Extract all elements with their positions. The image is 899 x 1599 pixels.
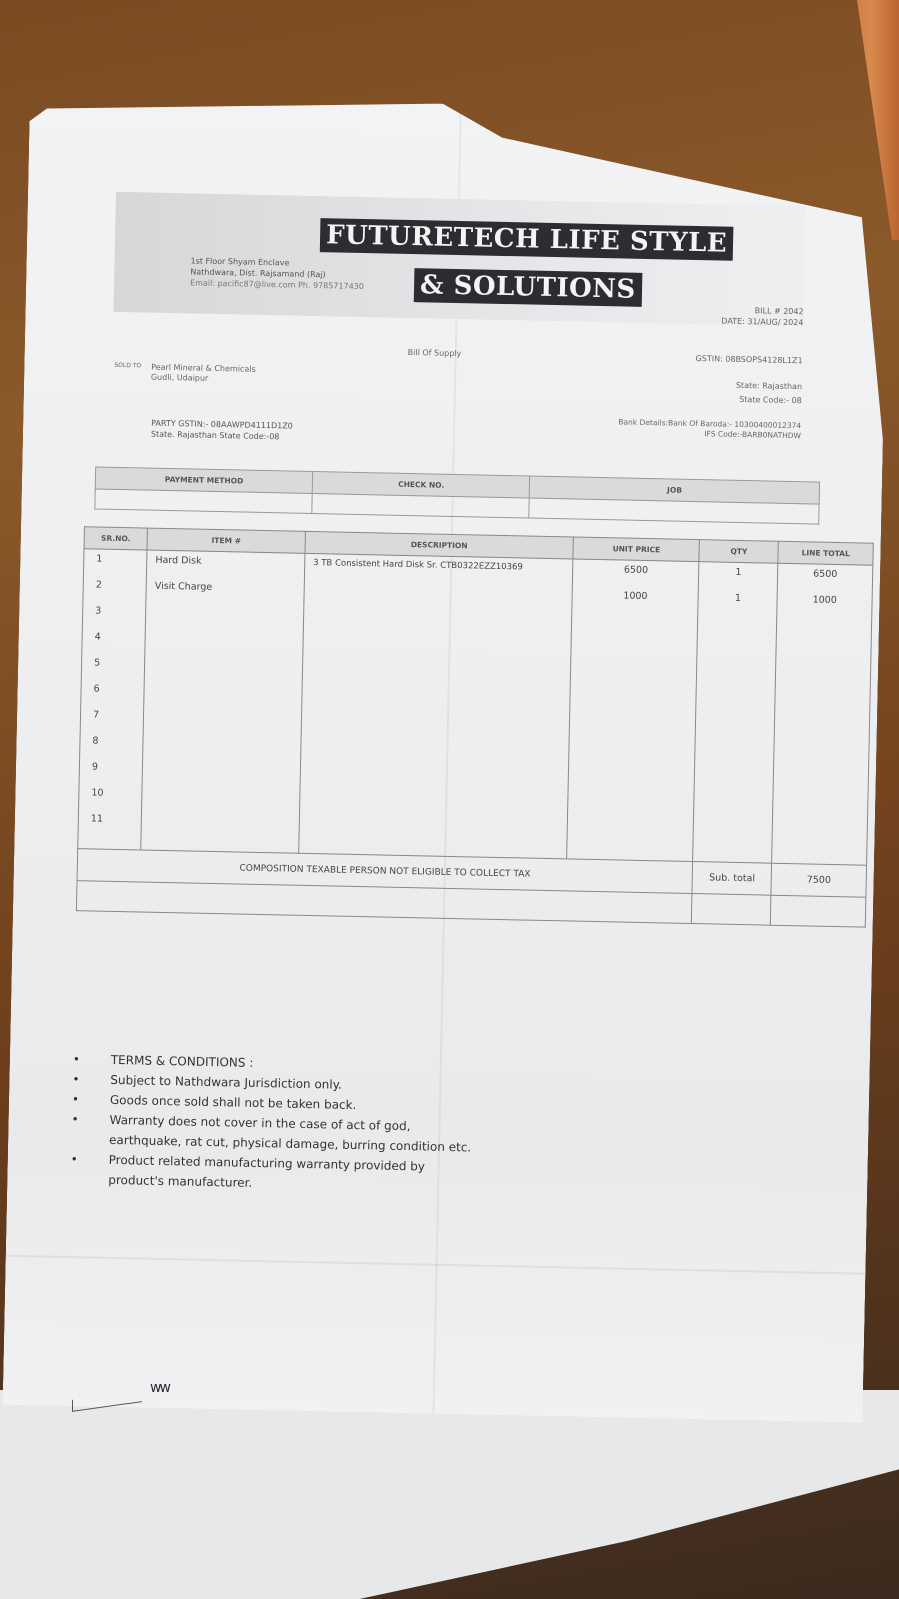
subtotal-value: 7500 [771, 863, 866, 897]
background-cabinet [829, 0, 899, 240]
header-qty: QTY [699, 540, 778, 564]
sr-no-cell: 1 [83, 549, 147, 576]
unit-price-cell: 1000 [572, 585, 699, 614]
unit-price-cell [570, 663, 697, 692]
line-total-cell [777, 615, 872, 643]
item-cell [144, 654, 302, 683]
unit-price-cell [570, 689, 697, 718]
qty-cell [696, 692, 775, 720]
qty-cell [698, 614, 777, 642]
description-cell [299, 813, 568, 859]
qty-cell [697, 666, 776, 694]
line-total-cell [775, 667, 870, 695]
sr-no-cell: 8 [80, 731, 144, 758]
line-total-cell [774, 745, 869, 773]
seller-state: State: Rajasthan [736, 379, 802, 394]
unit-price-cell: 6500 [573, 559, 700, 588]
line-total-cell [776, 641, 871, 669]
sold-to-block: SOLD TO Pearl Mineral & Chemicals Gudli,… [114, 362, 256, 385]
header-band: FUTURETECH LIFE STYLE & SOLUTIONS 1st Fl… [113, 192, 805, 326]
sr-no-cell: 2 [83, 575, 147, 602]
bank-details: Bank Details:Bank Of Baroda:- 1030040001… [618, 417, 801, 441]
unit-price-cell [569, 741, 696, 770]
item-cell [145, 602, 303, 631]
sr-no-cell: 11 [78, 809, 142, 850]
items-body: 1Hard Disk3 TB Consistent Hard Disk Sr. … [78, 549, 873, 865]
bill-date: DATE: 31/AUG/ 2024 [721, 316, 803, 329]
qty-cell: 1 [698, 588, 777, 616]
invoice-sheet: FUTURETECH LIFE STYLE & SOLUTIONS 1st Fl… [3, 95, 890, 1423]
bill-meta: BILL # 2042 DATE: 31/AUG/ 2024 [721, 305, 804, 329]
phone-value: 9785717430 [313, 281, 364, 291]
party-state: State. Rajasthan State Code:-08 [151, 429, 293, 443]
sr-no-cell: 4 [82, 627, 146, 654]
item-cell [141, 810, 300, 853]
item-cell [144, 680, 302, 709]
payment-table: PAYMENT METHOD CHECK NO. JOB [94, 466, 820, 524]
terms-list: TERMS & CONDITIONS : Subject to Nathdwar… [70, 1049, 473, 1197]
qty-cell [697, 640, 776, 668]
signature: ww [150, 1380, 169, 1396]
company-address: 1st Floor Shyam Enclave Nathdwara, Dist.… [190, 255, 364, 292]
sr-no-cell: 10 [79, 783, 143, 810]
line-total-cell [773, 771, 868, 799]
qty-cell [695, 718, 774, 746]
header-item: ITEM # [147, 528, 305, 553]
under-sheet [0, 1390, 899, 1599]
qty-cell [695, 744, 774, 772]
line-total-cell [774, 719, 869, 747]
header-sr-no: SR.NO. [84, 527, 148, 550]
item-cell [145, 628, 303, 657]
phone-label: Ph. [298, 281, 311, 290]
sr-no-cell: 7 [80, 705, 144, 732]
company-name-line1: FUTURETECH LIFE STYLE [320, 218, 734, 261]
company-name-line2: & SOLUTIONS [414, 268, 642, 307]
header-unit-price: UNIT PRICE [573, 537, 700, 562]
seller-state-code: State Code:- 08 [735, 393, 801, 408]
qty-cell [694, 796, 773, 824]
contact-line: Email: pacific87@live.com Ph. 9785717430 [190, 277, 364, 292]
sold-to-label: SOLD TO [114, 362, 141, 383]
sr-no-cell: 9 [79, 757, 143, 784]
payment-method-value [95, 489, 313, 514]
sr-no-cell: 5 [81, 653, 145, 680]
qty-cell [693, 822, 773, 864]
unit-price-cell [567, 819, 694, 862]
blank-cell-right [771, 895, 866, 927]
line-total-cell: 6500 [778, 563, 873, 591]
bill-type: Bill Of Supply [408, 348, 462, 358]
item-cell [143, 706, 301, 735]
item-cell [142, 758, 300, 787]
unit-price-cell [571, 637, 698, 666]
line-total-cell: 1000 [777, 589, 872, 617]
unit-price-cell [569, 715, 696, 744]
item-cell [142, 784, 300, 813]
line-total-cell [775, 693, 870, 721]
item-cell: Visit Charge [146, 576, 304, 605]
header-line-total: LINE TOTAL [778, 541, 873, 565]
line-total-cell [772, 823, 868, 865]
subtotal-label: Sub. total [692, 862, 772, 896]
sr-no-cell: 3 [82, 601, 146, 628]
unit-price-cell [571, 611, 698, 640]
items-table: SR.NO. ITEM # DESCRIPTION UNIT PRICE QTY… [76, 526, 874, 927]
invoice-document: FUTURETECH LIFE STYLE & SOLUTIONS 1st Fl… [46, 190, 876, 207]
party-info: PARTY GSTIN:- 08AAWPD4111D1Z0 State. Raj… [151, 418, 293, 443]
email-value: pacific87@live.com [217, 279, 295, 290]
sr-no-cell: 6 [81, 679, 145, 706]
check-no-value [312, 494, 530, 519]
qty-cell: 1 [699, 562, 778, 590]
qty-cell [694, 770, 773, 798]
buyer-details: Pearl Mineral & Chemicals Gudli, Udaipur [151, 363, 256, 385]
seller-state-info: State: Rajasthan State Code:- 08 [735, 379, 802, 408]
unit-price-cell [568, 767, 695, 796]
unit-price-cell [568, 793, 695, 822]
item-cell [143, 732, 301, 761]
item-cell: Hard Disk [147, 550, 305, 579]
email-label: Email: [190, 278, 215, 288]
seller-gstin: GSTIN: 08BSOPS4128L1Z1 [696, 354, 803, 365]
line-total-cell [773, 797, 868, 825]
blank-cell-mid [692, 894, 772, 926]
